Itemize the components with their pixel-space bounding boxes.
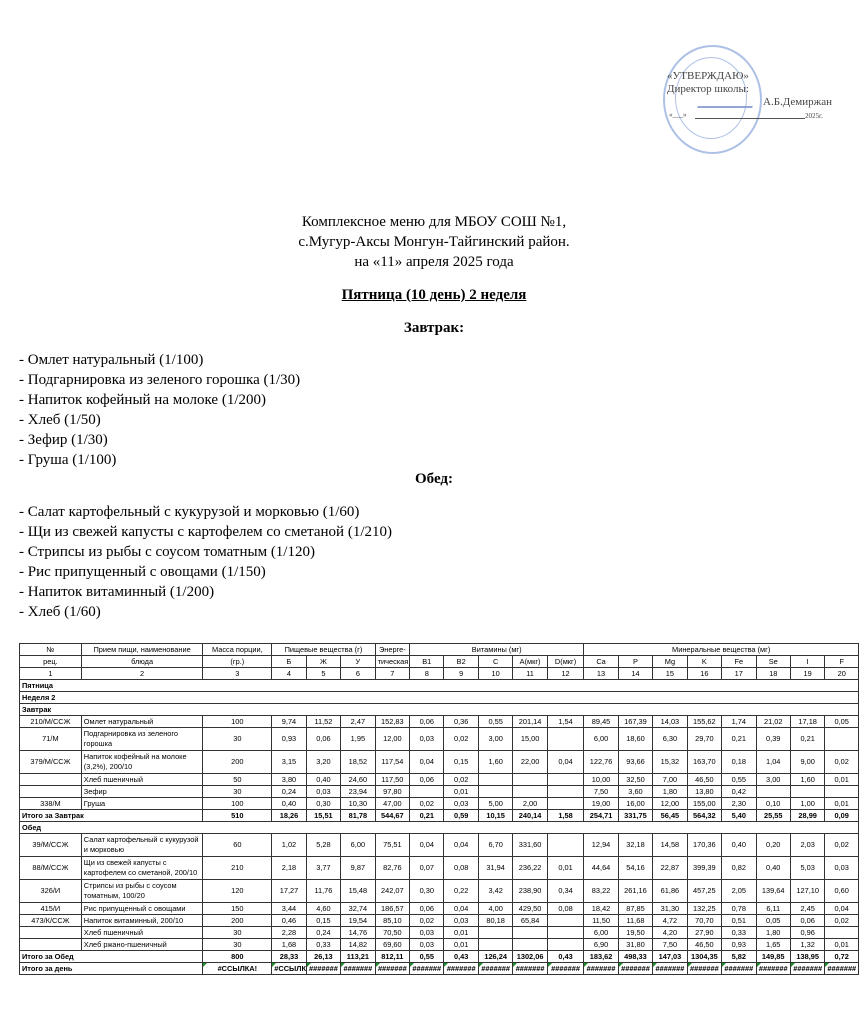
- signature-icon: [697, 92, 758, 108]
- nutrient-value: 0,04: [410, 751, 444, 774]
- recipe-number: 338/М: [20, 798, 82, 810]
- day-total-value: #######: [410, 963, 444, 975]
- nutrient-value: 54,16: [618, 857, 652, 880]
- dish-name: Щи из свежей капусты с картофелем со сме…: [81, 857, 203, 880]
- nutrient-value: 5,03: [790, 857, 824, 880]
- breakfast-total-value: 18,26: [272, 810, 306, 822]
- nutrient-value: 0,33: [306, 939, 340, 951]
- nutrient-value: 1,02: [272, 834, 306, 857]
- nutrient-value: [513, 939, 547, 951]
- nutrient-value: 0,03: [410, 927, 444, 939]
- nutrient-value: 89,45: [584, 716, 618, 728]
- nutrient-value: 9,00: [790, 751, 824, 774]
- title-line-1: Комплексное меню для МБОУ СОШ №1,: [0, 212, 868, 232]
- nutrient-value: 1,60: [478, 751, 512, 774]
- header-row-2: рец. блюда (гр.) БЖУтическаяB1B2CA(мкг)D…: [20, 656, 859, 668]
- nutrient-value: 3,15: [272, 751, 306, 774]
- nutrient-value: 0,40: [272, 798, 306, 810]
- nutrient-value: 0,51: [722, 915, 756, 927]
- title-line-2: с.Мугур-Аксы Монгун-Тайгинский район.: [0, 232, 868, 252]
- breakfast-item: - Напиток кофейный на молоке (1/200): [19, 390, 300, 410]
- header-col: P: [618, 656, 652, 668]
- nutrient-value: 11,52: [306, 716, 340, 728]
- column-number: 13: [584, 668, 618, 680]
- nutrient-value: 139,64: [756, 880, 790, 903]
- nutrient-value: 0,01: [444, 786, 478, 798]
- header-no: №: [20, 644, 82, 656]
- nutrient-value: 19,00: [584, 798, 618, 810]
- nutrient-value: 2,47: [341, 716, 375, 728]
- portion-mass: 30: [203, 939, 272, 951]
- nutrient-value: 15,32: [653, 751, 687, 774]
- nutrient-value: 0,24: [306, 927, 340, 939]
- dish-name: Хлеб пшеничный: [81, 927, 203, 939]
- nutrient-value: 1,60: [790, 774, 824, 786]
- lunch-total-mass: 800: [203, 951, 272, 963]
- header-col: I: [790, 656, 824, 668]
- nutrient-value: 3,00: [478, 728, 512, 751]
- breakfast-total-value: 81,78: [341, 810, 375, 822]
- header-col: Ж: [306, 656, 340, 668]
- portion-mass: 60: [203, 834, 272, 857]
- nutrient-value: 155,62: [687, 716, 721, 728]
- nutrient-value: 3,00: [756, 774, 790, 786]
- nutrient-value: 19,50: [618, 927, 652, 939]
- portion-mass: 50: [203, 774, 272, 786]
- nutrient-value: [790, 786, 824, 798]
- dish-name: Подгарнировка из зеленого горошка: [81, 728, 203, 751]
- recipe-number: 71/М: [20, 728, 82, 751]
- breakfast-item: - Груша (1/100): [19, 450, 300, 470]
- nutrient-value: 32,18: [618, 834, 652, 857]
- nutrient-value: 0,46: [272, 915, 306, 927]
- nutrient-value: 87,85: [618, 903, 652, 915]
- breakfast-item: - Омлет натуральный (1/100): [19, 350, 300, 370]
- nutrient-value: 0,55: [478, 716, 512, 728]
- nutrient-value: 9,74: [272, 716, 306, 728]
- nutrient-value: 9,87: [341, 857, 375, 880]
- nutrient-value: [547, 786, 584, 798]
- approval-date-line: [695, 118, 805, 119]
- nutrient-value: [478, 786, 512, 798]
- nutrient-value: 6,00: [341, 834, 375, 857]
- column-number: 7: [375, 668, 409, 680]
- nutrient-value: 70,50: [375, 927, 409, 939]
- nutrient-value: 0,08: [547, 903, 584, 915]
- nutrient-value: 18,52: [341, 751, 375, 774]
- nutrient-value: 6,00: [584, 927, 618, 939]
- nutrient-value: 1,95: [341, 728, 375, 751]
- menu-title: Комплексное меню для МБОУ СОШ №1, с.Мугу…: [0, 212, 868, 272]
- nutrient-value: 46,50: [687, 939, 721, 951]
- column-number: 19: [790, 668, 824, 680]
- nutrient-value: 3,44: [272, 903, 306, 915]
- day-total-value: #######: [618, 963, 652, 975]
- nutrient-value: 132,25: [687, 903, 721, 915]
- breakfast-total-mass: 510: [203, 810, 272, 822]
- dish-name: Салат картофельный с кукурузой и морковь…: [81, 834, 203, 857]
- nutrient-value: 236,22: [513, 857, 547, 880]
- lunch-total-value: 149,85: [756, 951, 790, 963]
- header-energy: Энерге-: [375, 644, 409, 656]
- dish-name: Стрипсы из рыбы с соусом томатным, 100/2…: [81, 880, 203, 903]
- header-col: B1: [410, 656, 444, 668]
- lunch-total-value: 0,55: [410, 951, 444, 963]
- nutrient-value: 15,48: [341, 880, 375, 903]
- lunch-total-value: 126,24: [478, 951, 512, 963]
- nutrient-value: 0,78: [722, 903, 756, 915]
- nutrient-value: 27,90: [687, 927, 721, 939]
- lunch-total-value: 5,82: [722, 951, 756, 963]
- nutrient-value: 0,33: [722, 927, 756, 939]
- nutrient-value: 93,66: [618, 751, 652, 774]
- nutrient-value: 0,01: [825, 939, 859, 951]
- nutrient-value: 14,58: [653, 834, 687, 857]
- column-number: 5: [306, 668, 340, 680]
- lunch-total-value: 1302,06: [513, 951, 547, 963]
- nutrient-value: 0,93: [272, 728, 306, 751]
- dish-name: Омлет натуральный: [81, 716, 203, 728]
- lunch-total-value: 113,21: [341, 951, 375, 963]
- nutrient-value: [547, 927, 584, 939]
- nutrient-value: 0,04: [410, 834, 444, 857]
- nutrient-value: 0,01: [547, 857, 584, 880]
- column-number: 18: [756, 668, 790, 680]
- approval-date-prefix: «___»: [669, 108, 687, 122]
- nutrient-value: 14,76: [341, 927, 375, 939]
- nutrient-value: 117,50: [375, 774, 409, 786]
- nutrient-value: 6,00: [584, 728, 618, 751]
- nutrient-value: 238,90: [513, 880, 547, 903]
- portion-mass: 120: [203, 880, 272, 903]
- nutrient-value: 0,06: [410, 774, 444, 786]
- breakfast-list: - Омлет натуральный (1/100)- Подгарниров…: [19, 350, 300, 470]
- column-number: 6: [341, 668, 375, 680]
- nutrient-value: 65,84: [513, 915, 547, 927]
- portion-mass: 200: [203, 915, 272, 927]
- nutrient-value: [478, 939, 512, 951]
- recipe-number: 379/М/ССЖ: [20, 751, 82, 774]
- breakfast-total-value: 56,45: [653, 810, 687, 822]
- nutrient-value: [547, 915, 584, 927]
- nutrient-value: 0,04: [444, 834, 478, 857]
- nutrient-value: 32,50: [618, 774, 652, 786]
- nutrient-value: 13,80: [687, 786, 721, 798]
- nutrient-value: 18,60: [618, 728, 652, 751]
- dish-name: Напиток кофейный на молоке (3,2%), 200/1…: [81, 751, 203, 774]
- breakfast-total: Итого за Завтрак51018,2615,5181,78544,67…: [20, 810, 859, 822]
- header-col: A(мкг): [513, 656, 547, 668]
- nutrient-value: [410, 786, 444, 798]
- day-total-value: #######: [756, 963, 790, 975]
- week-section-label: Неделя 2: [20, 692, 859, 704]
- nutrient-value: 31,30: [653, 903, 687, 915]
- nutrient-value: 152,83: [375, 716, 409, 728]
- nutrient-value: 1,65: [756, 939, 790, 951]
- lunch-total-value: 0,43: [444, 951, 478, 963]
- nutrient-value: 457,25: [687, 880, 721, 903]
- nutrient-value: 0,18: [722, 751, 756, 774]
- nutrient-value: 80,18: [478, 915, 512, 927]
- nutrient-value: 23,94: [341, 786, 375, 798]
- nutrient-value: 7,00: [653, 774, 687, 786]
- nutrient-value: 122,76: [584, 751, 618, 774]
- breakfast-total-value: 0,59: [444, 810, 478, 822]
- header-col: Б: [272, 656, 306, 668]
- nutrient-value: 0,03: [410, 939, 444, 951]
- nutrient-value: 10,30: [341, 798, 375, 810]
- nutrient-value: 15,00: [513, 728, 547, 751]
- dish-name: Напиток витаминный, 200/10: [81, 915, 203, 927]
- breakfast-heading: Завтрак:: [0, 320, 868, 337]
- nutrient-value: 127,10: [790, 880, 824, 903]
- day-total-value: #######: [444, 963, 478, 975]
- nutrient-value: 7,50: [584, 786, 618, 798]
- nutrient-value: [513, 786, 547, 798]
- lunch-item: - Щи из свежей капусты с картофелем со с…: [19, 522, 392, 542]
- day-total-label: Итого за день: [20, 963, 203, 975]
- nutrient-value: 1,80: [653, 786, 687, 798]
- recipe-number: 473/К/ССЖ: [20, 915, 82, 927]
- breakfast-total-value: 0,09: [825, 810, 859, 822]
- nutrient-value: 0,04: [547, 751, 584, 774]
- lunch-item: - Хлеб (1/60): [19, 602, 392, 622]
- nutrient-value: 0,06: [306, 728, 340, 751]
- breakfast-total-value: 331,75: [618, 810, 652, 822]
- breakfast-total-value: 564,32: [687, 810, 721, 822]
- table-row: Хлеб пшеничный503,800,4024,60117,500,060…: [20, 774, 859, 786]
- nutrient-value: 14,03: [653, 716, 687, 728]
- header-col: Fe: [722, 656, 756, 668]
- lunch-total-value: 183,62: [584, 951, 618, 963]
- header-mass-2: (гр.): [203, 656, 272, 668]
- nutrient-value: 6,11: [756, 903, 790, 915]
- nutrient-value: 46,50: [687, 774, 721, 786]
- table-row: 39/М/ССЖСалат картофельный с кукурузой и…: [20, 834, 859, 857]
- nutrient-value: [825, 786, 859, 798]
- header-col: Se: [756, 656, 790, 668]
- nutrient-value: [547, 798, 584, 810]
- nutrient-value: 85,10: [375, 915, 409, 927]
- lunch-total-value: 1304,35: [687, 951, 721, 963]
- nutrient-value: 0,15: [306, 915, 340, 927]
- header-nutrients: Пищевые вещества (г): [272, 644, 375, 656]
- nutrient-value: 0,40: [306, 774, 340, 786]
- header-col: C: [478, 656, 512, 668]
- lunch-total-value: 498,33: [618, 951, 652, 963]
- breakfast-section-label: Завтрак: [20, 704, 859, 716]
- header-col: У: [341, 656, 375, 668]
- nutrient-value: 31,94: [478, 857, 512, 880]
- table-row: 415/ИРис припущенный с овощами1503,444,6…: [20, 903, 859, 915]
- nutrient-value: 0,60: [825, 880, 859, 903]
- nutrient-value: [547, 939, 584, 951]
- nutrient-value: 61,86: [653, 880, 687, 903]
- nutrient-value: 4,20: [653, 927, 687, 939]
- nutrient-value: 0,07: [410, 857, 444, 880]
- nutrient-value: 0,01: [444, 939, 478, 951]
- column-number: 1: [20, 668, 82, 680]
- breakfast-total-label: Итого за Завтрак: [20, 810, 203, 822]
- lunch-total-label: Итого за Обед: [20, 951, 203, 963]
- day-title: Пятница (10 день) 2 неделя: [0, 287, 868, 304]
- nutrient-value: 0,55: [722, 774, 756, 786]
- nutrient-value: 83,22: [584, 880, 618, 903]
- nutrient-value: 3,20: [306, 751, 340, 774]
- column-number: 11: [513, 668, 547, 680]
- nutrient-value: [825, 927, 859, 939]
- header-name-2: блюда: [81, 656, 203, 668]
- nutrient-value: 70,70: [687, 915, 721, 927]
- breakfast-item: - Подгарнировка из зеленого горошка (1/3…: [19, 370, 300, 390]
- nutrient-value: 3,77: [306, 857, 340, 880]
- nutrient-value: 11,76: [306, 880, 340, 903]
- nutrient-value: 16,00: [618, 798, 652, 810]
- nutrient-value: 75,51: [375, 834, 409, 857]
- approval-year: 2025г.: [805, 109, 823, 123]
- nutrient-value: 24,60: [341, 774, 375, 786]
- column-number: 4: [272, 668, 306, 680]
- nutrient-value: 1,74: [722, 716, 756, 728]
- nutrient-value: 0,03: [306, 786, 340, 798]
- day-total: Итого за день#ССЫЛКА!#ССЫЛКА!###########…: [20, 963, 859, 975]
- header-col: B2: [444, 656, 478, 668]
- table-row: Зефир300,240,0323,9497,800,017,503,601,8…: [20, 786, 859, 798]
- nutrient-value: 22,00: [513, 751, 547, 774]
- day-total-value: #######: [478, 963, 512, 975]
- nutrient-value: 0,40: [756, 857, 790, 880]
- nutrient-value: 0,03: [444, 798, 478, 810]
- nutrient-value: 0,01: [444, 927, 478, 939]
- table-row: 210/М/ССЖОмлет натуральный1009,7411,522,…: [20, 716, 859, 728]
- column-number: 8: [410, 668, 444, 680]
- table-row: 326/ИСтрипсы из рыбы с соусом томатным, …: [20, 880, 859, 903]
- nutrient-value: 0,06: [410, 903, 444, 915]
- nutrient-value: 12,00: [375, 728, 409, 751]
- day-total-value: #######: [547, 963, 584, 975]
- lunch-total-value: 138,95: [790, 951, 824, 963]
- column-number: 3: [203, 668, 272, 680]
- nutrient-value: 2,03: [790, 834, 824, 857]
- nutrient-value: 167,39: [618, 716, 652, 728]
- day-section: Пятница: [20, 680, 859, 692]
- nutrient-value: 6,90: [584, 939, 618, 951]
- lunch-item: - Стрипсы из рыбы с соусом томатным (1/1…: [19, 542, 392, 562]
- nutrient-value: 2,18: [272, 857, 306, 880]
- day-total-value: #######: [306, 963, 340, 975]
- day-total-value: #######: [584, 963, 618, 975]
- header-minerals: Минеральные вещества (мг): [584, 644, 859, 656]
- lunch-total-value: 812,11: [375, 951, 409, 963]
- nutrient-value: 10,00: [584, 774, 618, 786]
- header-mass: Масса порции,: [203, 644, 272, 656]
- header-col: D(мкг): [547, 656, 584, 668]
- table-row: 88/М/ССЖЩи из свежей капусты с картофеле…: [20, 857, 859, 880]
- nutrient-value: 0,30: [306, 798, 340, 810]
- nutrient-value: [513, 774, 547, 786]
- breakfast-total-value: 240,14: [513, 810, 547, 822]
- day-total-value: #######: [722, 963, 756, 975]
- nutrient-value: 0,30: [410, 880, 444, 903]
- nutrient-value: 201,14: [513, 716, 547, 728]
- breakfast-item: - Хлеб (1/50): [19, 410, 300, 430]
- nutrient-value: 0,02: [444, 774, 478, 786]
- nutrient-value: 331,60: [513, 834, 547, 857]
- lunch-total-value: 28,33: [272, 951, 306, 963]
- recipe-number: [20, 927, 82, 939]
- nutrient-value: 0,02: [410, 798, 444, 810]
- nutrient-value: 1,00: [790, 798, 824, 810]
- lunch-heading: Обед:: [0, 471, 868, 488]
- lunch-section: Обед: [20, 822, 859, 834]
- nutrient-value: 5,28: [306, 834, 340, 857]
- nutrient-value: 69,60: [375, 939, 409, 951]
- header-col: Ca: [584, 656, 618, 668]
- nutrient-value: 0,10: [756, 798, 790, 810]
- nutrient-value: 399,39: [687, 857, 721, 880]
- nutrient-value: 0,82: [722, 857, 756, 880]
- nutrient-value: 0,03: [410, 728, 444, 751]
- approval-stamp: «УТВЕРЖДАЮ» Директор школы: А.Б.Демиржан…: [655, 45, 835, 155]
- dish-name: Зефир: [81, 786, 203, 798]
- lunch-section-label: Обед: [20, 822, 859, 834]
- title-line-3: на «11» апреля 2025 года: [0, 252, 868, 272]
- breakfast-total-value: 15,51: [306, 810, 340, 822]
- lunch-total: Итого за Обед80028,3326,13113,21812,110,…: [20, 951, 859, 963]
- nutrient-value: 1,80: [756, 927, 790, 939]
- nutrient-value: 1,32: [790, 939, 824, 951]
- nutrient-value: 0,39: [756, 728, 790, 751]
- column-number: 12: [547, 668, 584, 680]
- breakfast-total-value: 25,55: [756, 810, 790, 822]
- nutrient-value: 0,02: [444, 728, 478, 751]
- nutrient-value: 0,04: [444, 903, 478, 915]
- recipe-number: 39/М/ССЖ: [20, 834, 82, 857]
- breakfast-total-value: 1,58: [547, 810, 584, 822]
- header-no-2: рец.: [20, 656, 82, 668]
- nutrient-value: 29,70: [687, 728, 721, 751]
- nutrient-value: 31,80: [618, 939, 652, 951]
- nutrient-value: 0,22: [444, 880, 478, 903]
- portion-mass: 200: [203, 751, 272, 774]
- nutrient-value: 0,02: [410, 915, 444, 927]
- nutrient-value: 0,42: [722, 786, 756, 798]
- nutrient-value: 261,16: [618, 880, 652, 903]
- nutrient-value: 0,04: [825, 903, 859, 915]
- nutrient-value: [825, 728, 859, 751]
- nutrient-value: 2,30: [722, 798, 756, 810]
- nutrient-value: 0,36: [444, 716, 478, 728]
- header-col: Mg: [653, 656, 687, 668]
- breakfast-total-value: 28,99: [790, 810, 824, 822]
- header-energy-2: тическая: [375, 656, 409, 668]
- portion-mass: 150: [203, 903, 272, 915]
- nutrient-value: [756, 786, 790, 798]
- column-number: 9: [444, 668, 478, 680]
- week-section: Неделя 2: [20, 692, 859, 704]
- nutrient-value: 0,03: [444, 915, 478, 927]
- nutrient-value: 0,21: [722, 728, 756, 751]
- nutrient-value: 1,68: [272, 939, 306, 951]
- nutrient-value: 17,27: [272, 880, 306, 903]
- breakfast-section: Завтрак: [20, 704, 859, 716]
- nutrient-value: 2,28: [272, 927, 306, 939]
- recipe-number: 88/М/ССЖ: [20, 857, 82, 880]
- nutrient-value: 2,00: [513, 798, 547, 810]
- table-row: Хлеб пшеничный302,280,2414,7670,500,030,…: [20, 927, 859, 939]
- nutrient-value: 0,34: [547, 880, 584, 903]
- breakfast-total-value: 5,40: [722, 810, 756, 822]
